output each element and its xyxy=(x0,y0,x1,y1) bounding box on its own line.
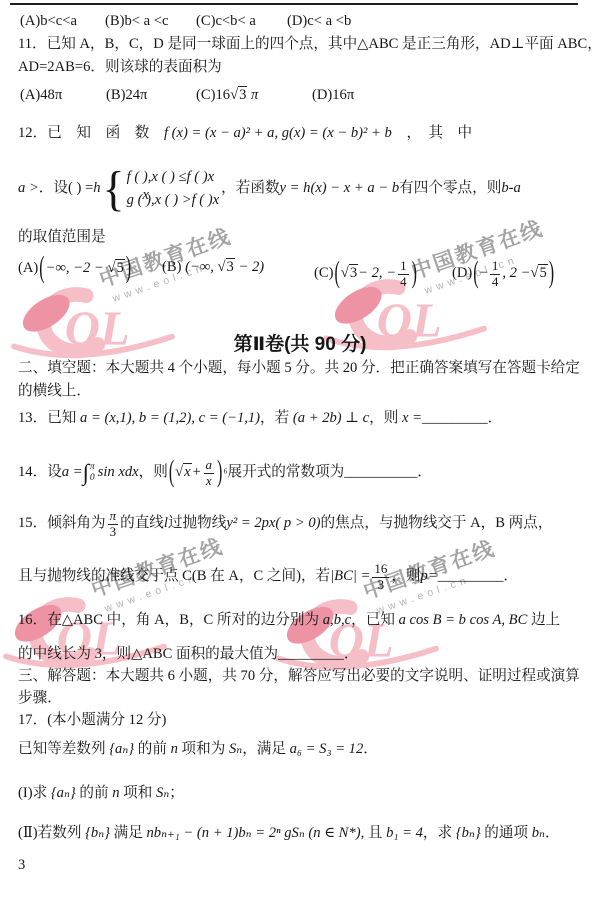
q15-parabola: y² = 2px( p > 0) xyxy=(226,514,320,534)
q17-mid1: 的前 xyxy=(134,741,171,757)
integral-sign: ∫ xyxy=(83,457,89,488)
q17-condition: a₆ = S₃ = 12 xyxy=(290,741,364,757)
section3-intro1: 三、解答题：本大题共 6 小题，共 70 分，解答应写出必要的文字说明、证明过程… xyxy=(18,667,580,687)
q14-pre: 14．设 xyxy=(18,463,62,483)
q17-p1-n: n xyxy=(112,785,119,801)
q17-seq-an: {aₙ} xyxy=(109,741,134,757)
q17-p1-sn: Sₙ xyxy=(156,785,169,801)
radicand: 5 xyxy=(538,264,547,281)
q12-pre2: ．设 xyxy=(39,179,68,199)
q12-optc-mid: − 2, − xyxy=(358,264,396,284)
piecewise-block: {f ( ),x ( ) ≤f ( )xg ( ),x ( ) >f ( )xx xyxy=(103,168,220,210)
piecewise-brace: { xyxy=(103,167,125,210)
integral-lower: 0 xyxy=(90,473,95,484)
q14-integrand: sin xdx xyxy=(98,463,139,483)
q16-relation: a cos B = b cos A, BC xyxy=(399,612,528,628)
q17-p1-end: ； xyxy=(169,785,184,801)
close-paren: ) xyxy=(412,253,417,294)
q17-p1-mid2: 项和 xyxy=(120,785,157,801)
piecewise-stray-x: x xyxy=(143,186,149,206)
q11-option-a: (A)48π xyxy=(20,86,62,106)
q17-mid2: 项和为 xyxy=(178,741,229,757)
fraction-a-x: ax xyxy=(204,458,215,488)
radicand: 3 xyxy=(238,86,247,103)
q12-optd-label: (D) xyxy=(452,264,472,284)
q15-end: ． xyxy=(503,567,518,587)
q15-mid3: 的焦点，与抛物线交于 A，B 两点， xyxy=(321,514,553,534)
q13-end: ． xyxy=(488,410,503,426)
q17-p1-mid: 的前 xyxy=(76,785,113,801)
fraction-1-4: 14 xyxy=(398,259,409,289)
q13-mid1: ，若 xyxy=(260,410,293,426)
q17-p2-bn2: {bₙ} xyxy=(456,825,481,841)
q17-part1: (I)求 {aₙ} 的前 n 项和 Sₙ； xyxy=(18,784,184,804)
q13-vectors: a = (x,1), b = (1,2), c = (−1,1) xyxy=(80,410,260,426)
denominator: 4 xyxy=(490,274,501,289)
q16-l2: 的中线长为 3，则△ABC 面积的最大值为 xyxy=(18,646,278,662)
q14-mid: ，则 xyxy=(139,463,168,483)
denominator: x xyxy=(204,473,215,488)
radicand: 5 xyxy=(115,259,124,276)
q17-title: 17．(本小题满分 12 分) xyxy=(18,711,166,731)
q17-p2-bn3: bₙ xyxy=(532,825,545,841)
radicand: 3 xyxy=(226,258,235,275)
piecewise-row2: g ( ),x ( ) >f ( )x xyxy=(127,191,220,211)
q12-opta-label: (A) xyxy=(18,260,38,276)
q10-option-c: (C)c<b< a xyxy=(196,12,256,32)
q15-mid2: 过抛物线 xyxy=(168,514,226,534)
q15-bc-eq: |BC| = xyxy=(330,567,370,587)
q17-p2-mid3: ，求 xyxy=(423,825,456,841)
q12-line3: 的取值范围是 xyxy=(18,228,106,248)
q17-sn: Sₙ xyxy=(229,741,242,757)
answer-blank: _________ xyxy=(278,646,344,662)
close-paren: ) xyxy=(549,253,554,294)
q12-pre3: ( ) = xyxy=(68,179,93,199)
integral-limits: π0 xyxy=(90,462,95,485)
q10-option-d: (D)c< a <b xyxy=(287,12,351,32)
q11-option-c: (C)16√3 π xyxy=(196,86,258,106)
q11-option-b: (B)24π xyxy=(106,86,147,106)
fraction-pi-3: π3 xyxy=(108,509,119,539)
q12-line1: 12．已 知 函 数 f (x) = (x − a)² + a, g(x) = … xyxy=(18,124,472,144)
section2-intro1: 二、填空题：本大题共 4 个小题，每小题 5 分。共 20 分．把正确答案填写在… xyxy=(18,359,580,379)
q12-option-c: (C) (√3 − 2, −14) xyxy=(314,250,418,298)
q17-end: ． xyxy=(363,741,378,757)
numerator: π xyxy=(108,509,119,523)
q12-option-b: (B) (−∞, √3 − 2) xyxy=(162,258,264,278)
top-rule xyxy=(10,3,578,5)
page-number: 3 xyxy=(18,856,25,876)
denominator: 4 xyxy=(398,274,409,289)
q10-option-a: (A)b<c<a xyxy=(20,12,77,32)
q17-p2-end: ． xyxy=(545,825,560,841)
q15-p-equals: p= xyxy=(421,567,438,587)
sqrt-x: √x xyxy=(175,463,192,483)
section2-header: 第Ⅱ卷(共 90 分) xyxy=(0,332,600,358)
section3-intro2: 步骤． xyxy=(18,689,62,709)
q11-optc-pre: (C)16 xyxy=(196,87,230,103)
q15-l2-pre: 且与抛物线的准线交于点 C(B 在 A，C 之间)，若 xyxy=(18,567,330,587)
q17-p2-recurrence: nbₙ₊₁ − (n + 1)bₙ = 2ⁿ gSₙ (n ∈ N*) xyxy=(146,825,360,841)
close-paren: ) xyxy=(126,248,131,289)
answer-blank: __________ xyxy=(344,463,417,483)
q12-optd-mid: , 2 − xyxy=(502,264,530,284)
q12-optd-minus: − xyxy=(480,264,488,284)
q12-post3: 有四个零点，则 xyxy=(399,179,501,199)
q12-optc-label: (C) xyxy=(314,264,333,284)
q12-options-line: (A)(−∞, −2 − √5)(B) (−∞, √3 − 2)(C) (√3 … xyxy=(0,250,600,298)
q12-l1-pre: 12．已 知 函 数 xyxy=(18,125,164,141)
radical-sign: √ xyxy=(230,87,238,103)
q15-pre: 15．倾斜角为 xyxy=(18,514,106,534)
open-paren: ( xyxy=(169,452,174,493)
q13-x-equals: x = xyxy=(402,410,422,426)
q12-l1-formula: f (x) = (x − a)² + a, g(x) = (x − b)² + … xyxy=(164,125,392,141)
answer-blank: _________ xyxy=(422,410,488,426)
radical-sign: √ xyxy=(175,464,183,480)
numerator: 16 xyxy=(372,562,389,576)
q12-opta-body: −∞, −2 − xyxy=(46,260,108,276)
q12-option-a: (A)(−∞, −2 − √5) xyxy=(18,258,132,280)
q16-sides: a,b,c xyxy=(323,612,351,628)
q15-line2: 且与抛物线的准线交于点 C(B 在 A，C 之间)，若|BC| =163，则p=… xyxy=(18,556,518,598)
fraction-16-3: 163 xyxy=(372,562,389,592)
q16-end: ． xyxy=(344,646,359,662)
open-paren: ( xyxy=(473,253,478,294)
q14-post: 展开式的常数项为 xyxy=(228,463,345,483)
q12-optb-post: − 2) xyxy=(235,259,264,275)
piecewise-row1: f ( ),x ( ) ≤f ( )x xyxy=(127,168,220,188)
q13-pre: 13．已知 xyxy=(18,410,80,426)
q17-pre: 已知等差数列 xyxy=(18,741,109,757)
sqrt-3: √3 xyxy=(230,86,247,103)
sqrt-5: √5 xyxy=(107,259,124,276)
q12-line2: a > ．设( ) =h{f ( ),x ( ) ≤f ( )xg ( ),x … xyxy=(18,160,521,218)
q11-line1: 11．已知 A，B，C，D 是同一球面上的四个点，其中△ABC 是正三角形，AD… xyxy=(18,35,600,55)
radicand: 3 xyxy=(349,264,358,281)
denominator: 3 xyxy=(108,524,119,539)
answer-blank: _________ xyxy=(438,567,504,587)
radical-sign: √ xyxy=(218,259,226,275)
q17-p2-mid1: 满足 xyxy=(110,825,147,841)
q12-optb-pre: (−∞, xyxy=(185,259,217,275)
integral-upper: π xyxy=(90,462,95,473)
q12-post2: y = h(x) − x + a − b xyxy=(280,179,400,199)
q11-optc-post: π xyxy=(247,87,258,103)
q17-mid3: ，满足 xyxy=(242,741,289,757)
q17-part2: (Ⅱ)若数列 {bₙ} 满足 nbₙ₊₁ − (n + 1)bₙ = 2ⁿ gS… xyxy=(18,824,560,844)
q17-n-var: n xyxy=(171,741,178,757)
radical-sign: √ xyxy=(341,265,349,281)
q12-l1-post: ， 其 中 xyxy=(392,125,472,141)
q13-line: 13．已知 a = (x,1), b = (1,2), c = (−1,1)，若… xyxy=(18,409,502,429)
q10-option-b: (B)b< a <c xyxy=(105,12,168,32)
q12-pre1: a > xyxy=(18,179,39,199)
q17-p2-mid2: , 且 xyxy=(361,825,387,841)
q12-post4: b-a xyxy=(501,179,520,199)
q13-mid2: ，则 xyxy=(369,410,402,426)
sqrt-3: √3 xyxy=(218,258,235,275)
q14-line: 14．设 a = ∫π0sin xdx，则(√x + ax)⁶ 展开式的常数项为… xyxy=(18,450,432,496)
q14-end: ． xyxy=(417,463,432,483)
q17-p2-pre: (Ⅱ)若数列 xyxy=(18,825,85,841)
q13-condition: (a + 2b) ⊥ c xyxy=(293,410,369,426)
open-paren: ( xyxy=(334,253,339,294)
close-paren: ) xyxy=(217,452,222,493)
q17-p2-mid4: 的通项 xyxy=(481,825,532,841)
denominator: 3 xyxy=(372,577,389,592)
exam-page: 中国教育在线www.eol.cn 中国教育在线www.eol.cn 中国教育在线… xyxy=(0,0,600,908)
fraction-1-4: 14 xyxy=(490,259,501,289)
q16-line1: 16．在△ABC 中，角 A，B，C 所对的边分别为 a,b,c，已知 a co… xyxy=(18,611,560,631)
q12-post1: ，若函数 xyxy=(221,179,279,199)
q11-option-d: (D)16π xyxy=(312,86,354,106)
numerator: 1 xyxy=(398,259,409,273)
q15-line1: 15．倾斜角为π3的直线 l 过抛物线 y² = 2px( p > 0)的焦点，… xyxy=(18,503,552,545)
q12-optb-label: (B) xyxy=(162,259,185,275)
q12-option-d: (D) (−14, 2 − √5) xyxy=(452,250,555,298)
numerator: 1 xyxy=(490,259,501,273)
q17-p2-bn: {bₙ} xyxy=(85,825,110,841)
numerator: a xyxy=(204,458,215,472)
q11-line2: AD=2AB=6．则该球的表面积为 xyxy=(18,58,222,78)
q12-pre4: h xyxy=(93,179,100,199)
q15-mid4: ，则 xyxy=(391,567,420,587)
q16-line2: 的中线长为 3，则△ABC 面积的最大值为_________． xyxy=(18,645,358,665)
q17-intro: 已知等差数列 {aₙ} 的前 n 项和为 Sₙ，满足 a₆ = S₃ = 12． xyxy=(18,740,378,760)
piecewise-rows: f ( ),x ( ) ≤f ( )xg ( ),x ( ) >f ( )x xyxy=(127,168,220,210)
q17-p1-an: {aₙ} xyxy=(51,785,76,801)
q14-a-eq: a = xyxy=(62,463,83,483)
open-paren: ( xyxy=(39,248,44,289)
sqrt-3: √3 xyxy=(341,264,358,284)
q16-post: 边上 xyxy=(527,612,560,628)
section2-intro2: 的横线上． xyxy=(18,382,91,402)
q14-plus: + xyxy=(192,463,202,483)
q16-pre: 16．在△ABC 中，角 A，B，C 所对的边分别为 xyxy=(18,612,323,628)
q16-mid: ，已知 xyxy=(351,612,398,628)
sqrt-5: √5 xyxy=(530,264,547,284)
q15-mid1: 的直线 xyxy=(120,514,164,534)
radicand: x xyxy=(183,463,191,480)
q17-p2-b1: b₁ = 4 xyxy=(386,825,423,841)
q17-p1-pre: (I)求 xyxy=(18,785,51,801)
